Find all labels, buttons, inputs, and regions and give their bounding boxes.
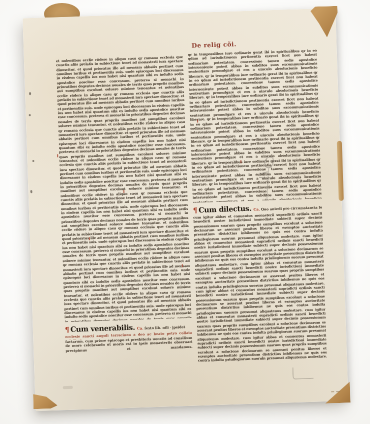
- rubrication-stroke: [240, 160, 241, 163]
- ink-speck: [32, 160, 34, 162]
- pencil-corner-mark: [292, 367, 313, 380]
- corner-chip-bottom-left: [33, 393, 57, 409]
- corner-chip-top-right: [310, 6, 338, 38]
- text-column-right: qr in temporalibus iure ordinario gerat …: [188, 49, 327, 364]
- running-title: De relig cõi.: [191, 38, 321, 49]
- chapter-abbrev: Ca.: [137, 326, 144, 330]
- rubrication-stroke: [182, 264, 183, 267]
- ink-speck: [29, 114, 31, 116]
- quire-signature-mark: i: [262, 356, 267, 361]
- rubric-title: Cum dilectus.: [198, 204, 251, 215]
- rubrication-stroke: [57, 154, 58, 157]
- rubrication-stroke: [197, 120, 198, 123]
- photo-of-incunabulum-leaf: De relig cõi. et nolentibus eccłie rñder…: [0, 0, 370, 424]
- pencil-dash: [331, 391, 334, 392]
- rubrication-stroke: [89, 237, 90, 240]
- rubric-continuation: ſexto lib. nili · jpsidet: [144, 325, 185, 330]
- pencil-dash: [336, 391, 340, 392]
- paragraph-mark-icon: ¶: [193, 206, 198, 215]
- ink-speck: [29, 92, 31, 95]
- body-text-right-upper: qr in temporalibus iure ordinario gerat …: [188, 49, 322, 203]
- edge-chip-right: [336, 141, 343, 201]
- printed-leaf: De relig cõi. et nolentibus eccłie rñder…: [23, 8, 349, 411]
- ink-speck: [30, 190, 32, 193]
- corner-chip-bottom-right: [322, 382, 351, 404]
- rubric-continuation: Quo antedi pro circumstancia loci: [261, 205, 322, 211]
- rubrication-stroke: [123, 190, 124, 193]
- chapter-abbrev: Ca.: [253, 208, 260, 212]
- text-column-left: et nolentibus eccłie rñdere in aliquo ca…: [56, 55, 193, 354]
- pencil-smudge: [63, 386, 73, 389]
- body-text-left: et nolentibus eccłie rñdere in aliquo ca…: [56, 55, 192, 322]
- body-text-right-lower: cum igitur abbas et conuentus monasterii…: [193, 211, 327, 363]
- tail-text-left: factarum. cum priore episcopo et presbit…: [65, 336, 192, 354]
